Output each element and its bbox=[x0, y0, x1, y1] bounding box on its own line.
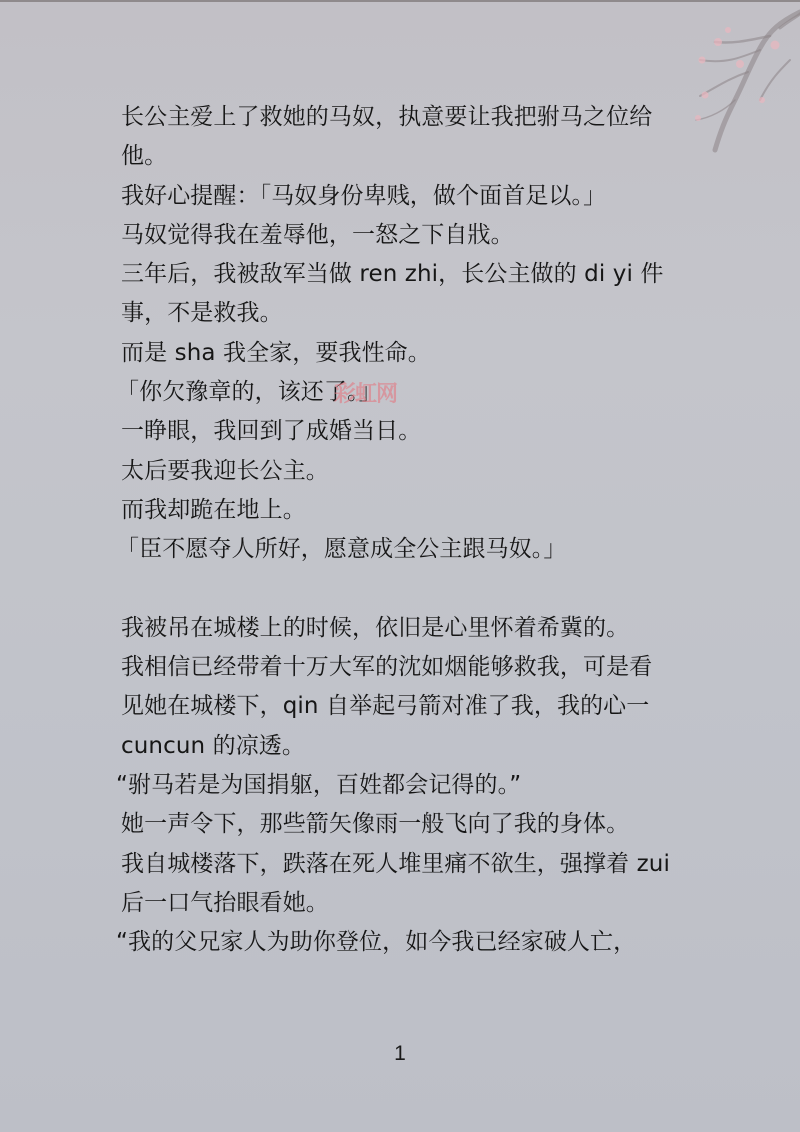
text-line: 见她在城楼下，qin 自举起弓箭对准了我，我的心一 bbox=[121, 687, 691, 726]
text-line: 而我却跪在地上。 bbox=[121, 491, 691, 530]
text-line: 我被吊在城楼上的时候，依旧是心里怀着希冀的。 bbox=[121, 609, 691, 648]
paragraph-2: 我被吊在城楼上的时候，依旧是心里怀着希冀的。 我相信已经带着十万大军的沈如烟能够… bbox=[121, 609, 691, 963]
faint-caption-top-left bbox=[20, 42, 23, 52]
text-line: 事，不是救我。 bbox=[121, 294, 691, 333]
text-line: “驸马若是为国捐躯，百姓都会记得的。” bbox=[116, 766, 691, 805]
text-line: 我自城楼落下，跌落在死人堆里痛不欲生，强撑着 zui bbox=[121, 845, 691, 884]
document-page: 长公主爱上了救她的马奴，执意要让我把驸马之位给 他。 我好心提醒：「马奴身份卑贱… bbox=[121, 98, 691, 963]
paragraph-1: 长公主爱上了救她的马奴，执意要让我把驸马之位给 他。 我好心提醒：「马奴身份卑贱… bbox=[121, 98, 691, 570]
text-line: 我好心提醒：「马奴身份卑贱，做个面首足以。」 bbox=[121, 177, 691, 216]
text-line: 他。 bbox=[121, 137, 691, 176]
text-line: 马奴觉得我在羞辱他，一怒之下自戕。 bbox=[121, 216, 691, 255]
text-line: 后一口气抬眼看她。 bbox=[121, 884, 691, 923]
text-line: 一睁眼，我回到了成婚当日。 bbox=[121, 412, 691, 451]
text-line: 长公主爱上了救她的马奴，执意要让我把驸马之位给 bbox=[121, 98, 691, 137]
text-line: 我相信已经带着十万大军的沈如烟能够救我，可是看 bbox=[121, 648, 691, 687]
paragraph-gap bbox=[121, 570, 691, 609]
page-number: 1 bbox=[0, 1042, 800, 1066]
text-line: 「臣不愿夺人所好，愿意成全公主跟马奴。」 bbox=[116, 530, 691, 569]
text-line: 「你欠豫章的，该还了。」 bbox=[116, 373, 691, 412]
text-line: cuncun 的凉透。 bbox=[121, 727, 691, 766]
text-line: 三年后，我被敌军当做 ren zhi，长公主做的 di yi 件 bbox=[121, 255, 691, 294]
text-line: 太后要我迎长公主。 bbox=[121, 452, 691, 491]
text-line: 而是 sha 我全家，要我性命。 bbox=[121, 334, 691, 373]
text-line: “我的父兄家人为助你登位，如今我已经家破人亡， bbox=[116, 923, 691, 962]
text-line: 她一声令下，那些箭矢像雨一般飞向了我的身体。 bbox=[121, 805, 691, 844]
